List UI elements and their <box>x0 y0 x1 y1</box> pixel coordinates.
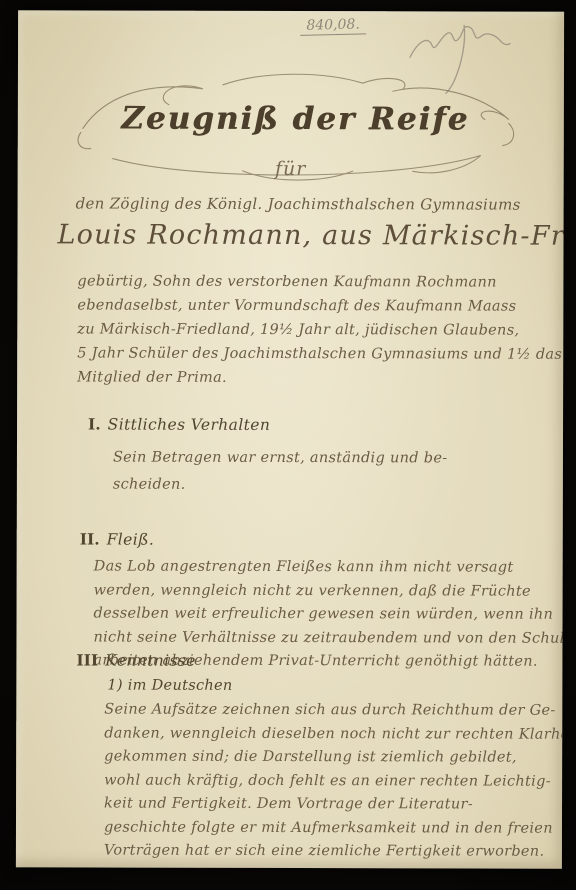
document-paper: 840,08. Zeugniß der Re <box>16 10 564 868</box>
section-numeral: I. <box>88 414 101 433</box>
body-line: keit und Fertigkeit. Dem Vortrage der Li… <box>104 793 564 818</box>
section-conduct-body: Sein Betragen war ernst, anständig und b… <box>113 445 448 500</box>
body-line: gekommen sind; die Darstellung ist zieml… <box>104 746 564 771</box>
recipient-line: den Zögling des Königl. Joachimsthalsche… <box>76 194 521 213</box>
body-line: danken, wenngleich dieselben noch nicht … <box>104 722 564 747</box>
body-line: nicht seine Verhältnisse zu zeitraubende… <box>93 626 564 651</box>
section-heading-text: Fleiß. <box>107 531 155 549</box>
section-conduct-heading: I.Sittliches Verhalten <box>88 414 448 434</box>
intro-line: Mitglied der Prima. <box>77 365 564 390</box>
section-conduct: I.Sittliches Verhalten Sein Betragen war… <box>88 414 448 499</box>
body-line: Seine Aufsätze zeichnen sich aus durch R… <box>104 699 564 724</box>
section-numeral: II. <box>80 529 100 548</box>
section-knowledge: IIIKenntnisse 1) im Deutschen Seine Aufs… <box>76 650 564 864</box>
section-knowledge-body: Seine Aufsätze zeichnen sich aus durch R… <box>104 699 564 865</box>
section-knowledge-heading: IIIKenntnisse <box>76 650 564 670</box>
dedication-word: für <box>18 157 564 180</box>
body-line: werden, wenngleich nicht zu verkennen, d… <box>94 579 565 604</box>
intro-line: 5 Jahr Schüler des Joachimsthalschen Gym… <box>77 341 564 366</box>
student-name-line: Louis Rochmann, aus Märkisch-Friedland <box>57 219 564 252</box>
section-numeral: III <box>76 650 98 669</box>
body-line: desselben weit erfreulicher gewesen sein… <box>94 602 565 627</box>
section-heading-text: Kenntnisse <box>105 652 196 670</box>
body-line: Vorträgen hat er sich eine ziemliche Fer… <box>104 840 564 865</box>
body-line: scheiden. <box>113 472 448 500</box>
intro-line: gebürtig, Sohn des verstorbenen Kaufmann… <box>77 269 564 294</box>
introduction-paragraph: gebürtig, Sohn des verstorbenen Kaufmann… <box>77 269 564 390</box>
photo-backdrop: 840,08. Zeugniß der Re <box>0 0 576 890</box>
intro-line: ebendaselbst, unter Vormundschaft des Ka… <box>77 293 564 318</box>
subsection-german-heading: 1) im Deutschen <box>107 678 564 695</box>
body-line: geschichte folgte er mit Aufmerksamkeit … <box>104 816 564 841</box>
certificate-title: Zeugniß der Reife <box>73 100 518 137</box>
section-diligence-heading: II.Fleiß. <box>80 529 564 549</box>
archive-number-text: 840,08. <box>300 16 366 36</box>
body-line: Das Lob angestrengten Fleißes kann ihm n… <box>94 555 564 580</box>
section-heading-text: Sittliches Verhalten <box>108 416 271 434</box>
archive-number-note: 840,08. <box>253 15 413 35</box>
body-line: wohl auch kräftig, doch fehlt es an eine… <box>104 769 564 794</box>
intro-line: zu Märkisch-Friedland, 19½ Jahr alt, jüd… <box>77 317 564 342</box>
body-line: Sein Betragen war ernst, anständig und b… <box>113 445 448 473</box>
